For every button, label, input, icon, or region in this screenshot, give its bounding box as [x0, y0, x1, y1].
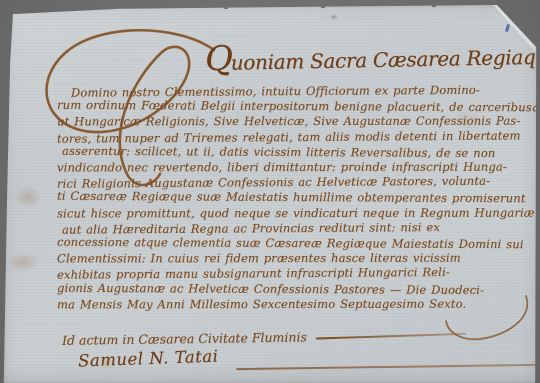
heading-line: Quoniam Sacra Cæsarea Regiaque Maiestate…	[205, 33, 540, 79]
text-line: ut Hungaricæ Religionis, Sive Helveticæ,…	[57, 114, 533, 130]
photo-backdrop: Quoniam Sacra Cæsarea Regiaque Maiestate…	[0, 0, 540, 383]
torn-edge-speck	[224, 6, 228, 9]
foxing-stain	[330, 14, 338, 20]
torn-edge-speck	[321, 5, 325, 8]
text-line: sicut hisce promittunt, quod neque se vi…	[57, 205, 533, 221]
manuscript-page: Quoniam Sacra Cæsarea Regiaque Maiestate…	[0, 0, 540, 383]
closing-flourish-dash	[316, 333, 466, 340]
signature-flourish-rule	[236, 364, 536, 370]
foxing-stain	[6, 252, 40, 272]
manuscript-body: Domino nostro Clementissimo, intuitu Off…	[55, 84, 533, 312]
heading-initial: Q	[205, 39, 233, 80]
blue-ink-mark	[505, 24, 510, 33]
closing-text: Id actum in Cæsarea Civitate Fluminis	[62, 329, 307, 347]
torn-edge-speck	[432, 4, 436, 7]
heading-text: uoniam Sacra Cæsarea Regiaque Maiestate,	[230, 42, 540, 74]
text-line: asserentur: scilicet, ut ii, datis vicis…	[62, 144, 533, 162]
text-line: ti Cæsareæ Regiæque suæ Maiestatis humil…	[57, 189, 533, 207]
signature: Samuel N. Tatai	[78, 347, 219, 371]
closing-line: Id actum in Cæsarea Civitate Fluminis	[62, 327, 466, 348]
